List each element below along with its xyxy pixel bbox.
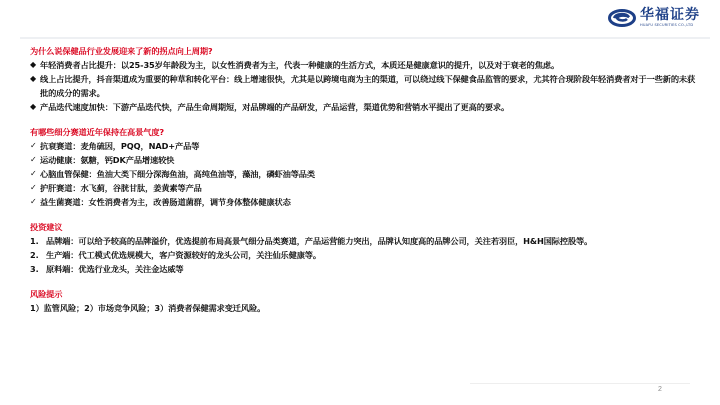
check-icon: ✓ xyxy=(30,181,40,195)
page-number: 2 xyxy=(658,386,662,393)
numbered-item: 3. 原料端：优选行业龙头，关注金达威等 xyxy=(30,262,700,276)
bullet-item: ◆ 线上占比提升，抖音渠道成为重要的种草和转化平台：线上增速很快，尤其是以跨境电… xyxy=(30,72,700,100)
bullet-item: ◆ 年轻消费者占比提升：以25-35岁年龄段为主，以女性消费者为主，代表一种健康… xyxy=(30,58,700,72)
numbered-item: 2. 生产端：代工模式优选规模大，客户资源较好的龙头公司，关注仙乐健康等。 xyxy=(30,248,700,262)
section-title-investment: 投资建议 xyxy=(30,220,700,234)
logo-english-name: HUAFU SECURITIES CO.,LTD xyxy=(640,24,700,28)
footer-divider xyxy=(470,383,690,384)
check-icon: ✓ xyxy=(30,195,40,209)
diamond-bullet-icon: ◆ xyxy=(30,72,40,86)
section-title-turning-point: 为什么说保健品行业发展迎来了新的拐点向上周期? xyxy=(30,44,700,58)
section-title-risks: 风险提示 xyxy=(30,287,700,301)
bullet-item: ◆ 产品迭代速度加快：下游产品迭代快，产品生命周期短，对品牌端的产品研发，产品运… xyxy=(30,100,700,114)
risk-text: 1）监管风险；2）市场竞争风险；3）消费者保健需求变迁风险。 xyxy=(30,301,700,315)
check-item: ✓ 抗衰赛道：麦角硫因，PQQ，NAD+产品等 xyxy=(30,139,700,153)
check-icon: ✓ xyxy=(30,139,40,153)
numbered-item: 1. 品牌端：可以给予较高的品牌溢价，优选提前布局高景气细分品类赛道，产品运营能… xyxy=(30,234,700,248)
item-number: 1. xyxy=(30,234,46,248)
check-item: ✓ 护肝赛道：水飞蓟，谷胱甘肽，姜黄素等产品 xyxy=(30,181,700,195)
check-item: ✓ 运动健康：氨糖，钙DK产品增速较快 xyxy=(30,153,700,167)
logo-chinese-name: 华福证券 xyxy=(640,8,700,22)
slide-content: 为什么说保健品行业发展迎来了新的拐点向上周期? ◆ 年轻消费者占比提升：以25-… xyxy=(30,44,700,315)
huafu-logo-icon xyxy=(608,9,636,27)
check-item: ✓ 益生菌赛道：女性消费者为主，改善肠道菌群，调节身体整体健康状态 xyxy=(30,195,700,209)
check-icon: ✓ xyxy=(30,167,40,181)
section-title-segments: 有哪些细分赛道近年保持在高景气度? xyxy=(30,125,700,139)
diamond-bullet-icon: ◆ xyxy=(30,58,40,72)
check-icon: ✓ xyxy=(30,153,40,167)
diamond-bullet-icon: ◆ xyxy=(30,100,40,114)
header-divider xyxy=(20,37,710,39)
check-item: ✓ 心脑血管保健：鱼油大类下细分深海鱼油，高纯鱼油等，藻油，磷虾油等品类 xyxy=(30,167,700,181)
company-logo: 华福证券 HUAFU SECURITIES CO.,LTD xyxy=(608,6,716,30)
item-number: 2. xyxy=(30,248,46,262)
item-number: 3. xyxy=(30,262,46,276)
